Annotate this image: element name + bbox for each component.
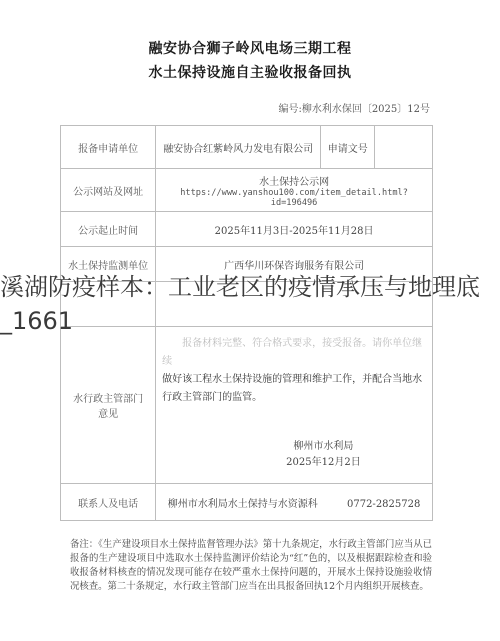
period-value: 2025年11月3日-2025年11月28日 [156, 212, 433, 247]
sign-date: 2025年12月2日 [286, 455, 361, 471]
contact-label: 联系人及电话 [61, 484, 156, 521]
signer: 柳州市水利局 [286, 439, 361, 455]
document-number: 编号:柳水利水保回〔2025〕12号 [278, 100, 430, 115]
website-label: 公示网站及网址 [61, 169, 156, 212]
table-row-website: 公示网站及网址 水土保持公示网 https://www.yanshou100.c… [61, 169, 433, 212]
document-title-line2: 水土保持设施自主验收报备回执 [0, 62, 500, 82]
table-row-contact: 联系人及电话 柳州市水利局水土保持与水资源科 0772-2825728 [61, 484, 433, 521]
table-row-applicant: 报备申请单位 融安协合红紫岭风力发电有限公司 申请文号 [61, 126, 433, 169]
doc-number-label: 申请文号 [321, 126, 375, 169]
contact-org: 柳州市水利局水土保持与水资源科 [168, 499, 318, 510]
period-label: 公示起止时间 [61, 212, 156, 247]
applicant-label: 报备申请单位 [61, 126, 156, 169]
opinion-label: 水行政主管部门意见 [61, 327, 156, 484]
opinion-text-line2: 做好该工程水土保持设施的管理和维护工作，并配合当地水行政主管部门的监管。 [162, 371, 426, 407]
headline-overlay[interactable]: 溪湖防疫样本：工业老区的疫情承压与地理底 _1661 [0, 272, 500, 342]
overlay-suffix: _1661 [0, 306, 73, 336]
signature-block: 柳州市水利局 2025年12月2日 [286, 439, 361, 471]
contact-phone: 0772-2825728 [347, 499, 420, 510]
contact-cell: 柳州市水利局水土保持与水资源科 0772-2825728 [156, 484, 433, 521]
website-name: 水土保持公示网 [160, 173, 428, 188]
overlay-headline[interactable]: 溪湖防疫样本：工业老区的疫情承压与地理底 [0, 272, 480, 302]
applicant-value: 融安协合红紫岭风力发电有限公司 [156, 126, 321, 169]
table-row-period: 公示起止时间 2025年11月3日-2025年11月28日 [61, 212, 433, 247]
website-url[interactable]: https://www.yanshou100.com/item_detail.h… [160, 188, 428, 208]
opinion-cell: 报备材料完整、符合格式要求，接受报备。请你单位继续 做好该工程水土保持设施的管理… [156, 327, 433, 484]
table-row-opinion: 水行政主管部门意见 报备材料完整、符合格式要求，接受报备。请你单位继续 做好该工… [61, 327, 433, 484]
document-title-line1: 融安协合狮子岭风电场三期工程 [0, 38, 500, 58]
doc-number-value [375, 126, 433, 169]
website-cell: 水土保持公示网 https://www.yanshou100.com/item_… [156, 169, 433, 212]
footnote: 备注：《生产建设项目水土保持监督管理办法》第十九条规定，水行政主管部门应当从已报… [70, 538, 432, 594]
